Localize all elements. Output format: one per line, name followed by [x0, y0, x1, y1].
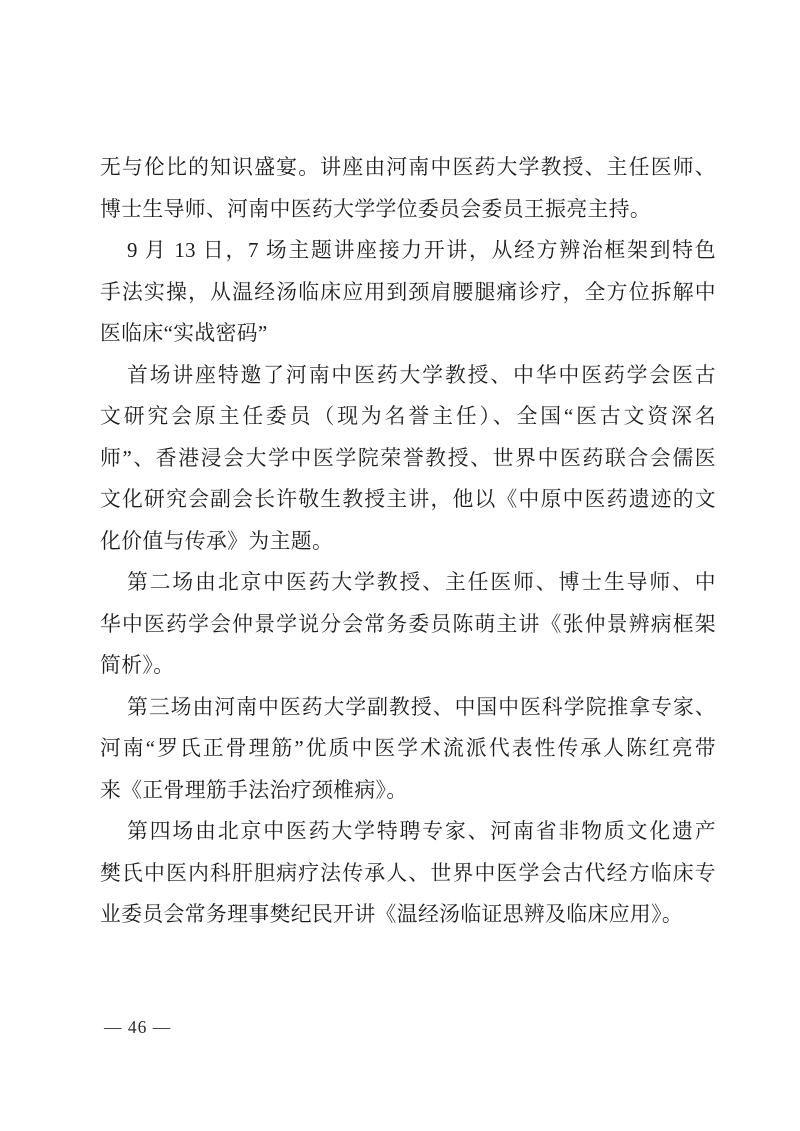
paragraph: 第四场由北京中医药大学特聘专家、河南省非物质文化遗产樊氏中医内科肝胆病疗法传承人… [100, 811, 716, 936]
page-number: — 46 — [104, 1017, 171, 1037]
text-line: 华中医药学会仲景学说分会常务委员陈萌主讲《张仲景辨病框架 [100, 604, 716, 646]
paragraph: 第二场由北京中医药大学教授、主任医师、博士生导师、中华中医药学会仲景学说分会常务… [100, 562, 716, 687]
text-line: 9 月 13 日，7 场主题讲座接力开讲，从经方辨治框架到特色 [100, 230, 716, 272]
text-line: 河南“罗氏正骨理筋”优质中医学术流派代表性传承人陈红亮带 [100, 728, 716, 770]
paragraph: 9 月 13 日，7 场主题讲座接力开讲，从经方辨治框架到特色手法实操，从温经汤… [100, 230, 716, 355]
document-page: 无与伦比的知识盛宴。讲座由河南中医药大学教授、主任医师、博士生导师、河南中医药大… [0, 0, 800, 1131]
text-line: 无与伦比的知识盛宴。讲座由河南中医药大学教授、主任医师、 [100, 147, 716, 189]
text-line: 第三场由河南中医药大学副教授、中国中医科学院推拿专家、 [100, 687, 716, 729]
text-line: 樊氏中医内科肝胆病疗法传承人、世界中医学会古代经方临床专 [100, 853, 716, 895]
document-body: 无与伦比的知识盛宴。讲座由河南中医药大学教授、主任医师、博士生导师、河南中医药大… [100, 147, 716, 936]
paragraph: 无与伦比的知识盛宴。讲座由河南中医药大学教授、主任医师、博士生导师、河南中医药大… [100, 147, 716, 230]
text-line: 来《正骨理筋手法治疗颈椎病》。 [100, 770, 716, 812]
text-line: 简析》。 [100, 645, 716, 687]
text-line: 第四场由北京中医药大学特聘专家、河南省非物质文化遗产 [100, 811, 716, 853]
text-line: 化价值与传承》为主题。 [100, 521, 716, 563]
text-line: 博士生导师、河南中医药大学学位委员会委员王振亮主持。 [100, 189, 716, 231]
paragraph: 第三场由河南中医药大学副教授、中国中医科学院推拿专家、河南“罗氏正骨理筋”优质中… [100, 687, 716, 812]
paragraph: 首场讲座特邀了河南中医药大学教授、中华中医药学会医古文研究会原主任委员（现为名誉… [100, 355, 716, 563]
text-line: 业委员会常务理事樊纪民开讲《温经汤临证思辨及临床应用》。 [100, 894, 716, 936]
page-footer: — 46 — [104, 1015, 171, 1039]
text-line: 手法实操，从温经汤临床应用到颈肩腰腿痛诊疗，全方位拆解中 [100, 272, 716, 314]
text-line: 文化研究会副会长许敬生教授主讲，他以《中原中医药遗迹的文 [100, 479, 716, 521]
text-line: 师”、香港浸会大学中医学院荣誉教授、世界中医药联合会儒医 [100, 438, 716, 480]
text-line: 文研究会原主任委员（现为名誉主任）、全国“医古文资深名 [100, 396, 716, 438]
text-line: 医临床“实战密码” [100, 313, 716, 355]
text-line: 首场讲座特邀了河南中医药大学教授、中华中医药学会医古 [100, 355, 716, 397]
text-line: 第二场由北京中医药大学教授、主任医师、博士生导师、中 [100, 562, 716, 604]
